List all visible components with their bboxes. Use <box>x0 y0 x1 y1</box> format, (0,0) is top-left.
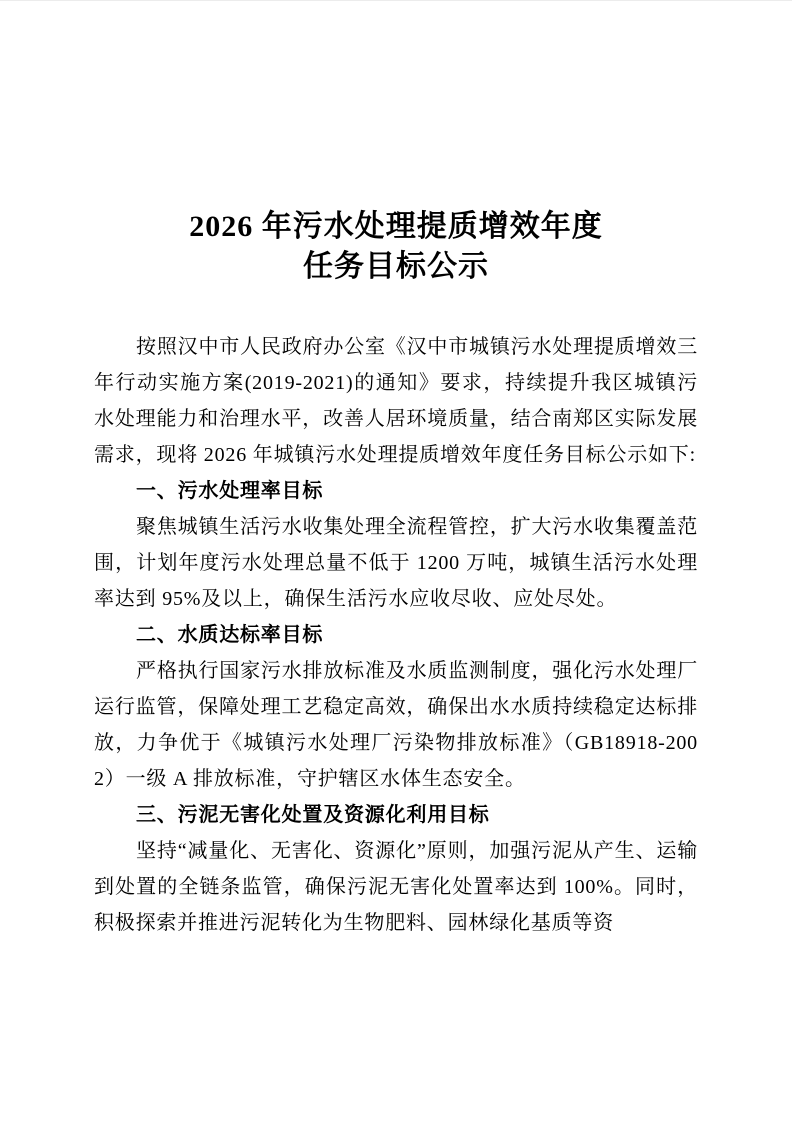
section-3-heading: 三、污泥无害化处置及资源化利用目标 <box>94 797 698 833</box>
section-1-paragraph: 聚焦城镇生活污水收集处理全流程管控，扩大污水收集覆盖范围，计划年度污水处理总量不… <box>94 509 698 617</box>
document-title: 2026 年污水处理提质增效年度 任务目标公示 <box>94 207 698 287</box>
document-body: 2026 年污水处理提质增效年度 任务目标公示 按照汉中市人民政府办公室《汉中市… <box>94 207 698 941</box>
document-page: 2026 年污水处理提质增效年度 任务目标公示 按照汉中市人民政府办公室《汉中市… <box>0 0 792 1121</box>
document-title-line-2: 任务目标公示 <box>94 247 698 287</box>
document-title-line-1: 2026 年污水处理提质增效年度 <box>94 207 698 247</box>
intro-paragraph: 按照汉中市人民政府办公室《汉中市城镇污水处理提质增效三年行动实施方案(2019-… <box>94 329 698 473</box>
section-3-paragraph: 坚持“减量化、无害化、资源化”原则，加强污泥从产生、运输到处置的全链条监管，确保… <box>94 833 698 941</box>
section-2-heading: 二、水质达标率目标 <box>94 617 698 653</box>
section-1-heading: 一、污水处理率目标 <box>94 473 698 509</box>
section-2-paragraph: 严格执行国家污水排放标准及水质监测制度，强化污水处理厂运行监管，保障处理工艺稳定… <box>94 653 698 797</box>
